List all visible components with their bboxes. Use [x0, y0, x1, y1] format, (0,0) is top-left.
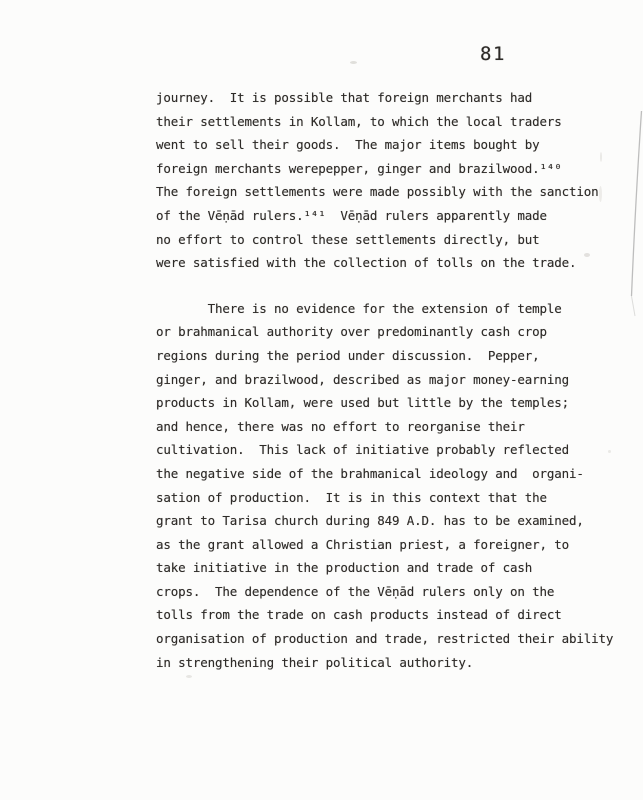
text-line: and hence, there was no effort to reorga… [156, 415, 626, 439]
text-line: journey. It is possible that foreign mer… [156, 86, 626, 110]
text-line: There is no evidence for the extension o… [156, 297, 626, 321]
text-line: in strengthening their political authori… [156, 651, 626, 675]
scan-smudge [600, 152, 602, 162]
text-line: went to sell their goods. The major item… [156, 133, 626, 157]
text-line: foreign merchants werepepper, ginger and… [156, 157, 626, 181]
scan-smudge [350, 61, 357, 64]
text-line: as the grant allowed a Christian priest,… [156, 533, 626, 557]
scanned-document-page: 81 journey. It is possible that foreign … [0, 0, 643, 800]
scan-smudge [599, 186, 602, 202]
text-block: journey. It is possible that foreign mer… [156, 86, 626, 674]
paragraph-1: journey. It is possible that foreign mer… [156, 86, 626, 275]
text-line: ginger, and brazilwood, described as maj… [156, 368, 626, 392]
text-line: their settlements in Kollam, to which th… [156, 110, 626, 134]
text-line: cultivation. This lack of initiative pro… [156, 438, 626, 462]
text-line: tolls from the trade on cash products in… [156, 603, 626, 627]
text-line: take initiative in the production and tr… [156, 556, 626, 580]
text-line: the negative side of the brahmanical ide… [156, 462, 626, 486]
text-line: grant to Tarisa church during 849 A.D. h… [156, 509, 626, 533]
scan-smudge [186, 675, 192, 678]
scan-smudge [608, 450, 611, 453]
text-line: products in Kollam, were used but little… [156, 391, 626, 415]
paragraph-2: There is no evidence for the extension o… [156, 297, 626, 675]
text-line: The foreign settlements were made possib… [156, 180, 626, 204]
text-line: organisation of production and trade, re… [156, 627, 626, 651]
text-line: regions during the period under discussi… [156, 344, 626, 368]
page-number: 81 [480, 43, 506, 65]
text-line: no effort to control these settlements d… [156, 228, 626, 252]
text-line: sation of production. It is in this cont… [156, 486, 626, 510]
text-line: or brahmanical authority over predominan… [156, 320, 626, 344]
text-line: were satisfied with the collection of to… [156, 251, 626, 275]
text-line: crops. The dependence of the Vēṇād ruler… [156, 580, 626, 604]
scan-smudge [584, 253, 590, 257]
text-line: of the Vēṇād rulers.¹⁴¹ Vēṇād rulers app… [156, 204, 626, 228]
